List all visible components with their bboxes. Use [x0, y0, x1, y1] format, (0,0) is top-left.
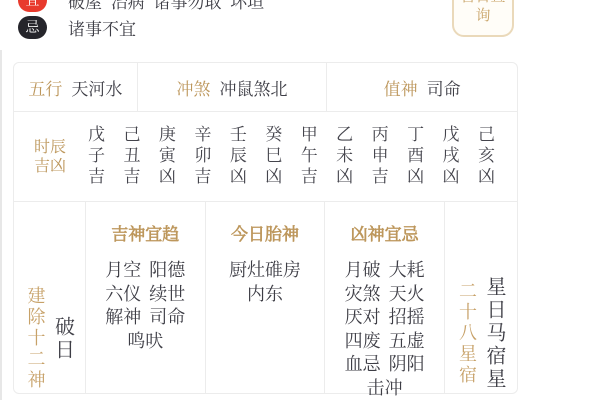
list-item: 月破 大耗: [325, 259, 444, 283]
xingxiu-group: 二十八星宿 星日马宿星: [458, 276, 504, 391]
info-row: 五行 天河水 冲煞 冲鼠煞北 值神 司命: [14, 63, 517, 112]
jianchu-label: 建除十二神: [26, 286, 44, 391]
detail-row: 建除十二神 破日 吉神宜趋 月空 阳德六仪 续世解神 司命鸣吠 今日胎神 厨灶碓…: [14, 202, 517, 393]
hour-column: 丙申吉: [370, 125, 387, 188]
zhishen-label: 值神: [384, 75, 418, 100]
ji-row: 忌 诸事不宜: [18, 15, 136, 39]
auspicious-day-query-label: 吉日查询: [459, 0, 507, 25]
chongsha-label: 冲煞: [177, 75, 211, 100]
xiongshen-cell: 凶神宜忌 月破 大耗灾煞 天火厌对 招摇四废 五虚血忌 阴阳击冲: [325, 202, 445, 393]
xiongshen-list: 月破 大耗灾煞 天火厌对 招摇四废 五虚血忌 阴阳击冲: [325, 259, 444, 400]
list-item: 内东: [206, 283, 325, 307]
hour-column: 辛卯吉: [192, 125, 209, 188]
chongsha-cell: 冲煞 冲鼠煞北: [138, 63, 328, 111]
wuxing-cell: 五行 天河水: [14, 63, 138, 111]
zhishen-cell: 值神 司命: [327, 63, 517, 111]
xingxiu-cell: 二十八星宿 星日马宿星: [445, 202, 517, 393]
chongsha-value: 冲鼠煞北: [220, 75, 288, 100]
xingxiu-value: 星日马宿星: [484, 276, 504, 391]
list-item: 月空 阳德: [86, 259, 205, 283]
jianchu-value: 破日: [52, 316, 72, 362]
list-item: 灾煞 天火: [325, 283, 444, 307]
list-item: 四废 五虚: [325, 330, 444, 354]
wuxing-value: 天河水: [71, 75, 122, 100]
jishen-title: 吉神宜趋: [86, 220, 205, 245]
zhishen-value: 司命: [427, 75, 461, 100]
list-item: 六仪 续世: [86, 283, 205, 307]
taishen-title: 今日胎神: [206, 220, 325, 245]
yi-items-text: 破屋 治病 诸事勿取 坏垣: [68, 0, 264, 13]
hour-column: 癸巳凶: [263, 125, 280, 188]
jianchu-group: 建除十二神 破日: [26, 286, 72, 391]
list-item: 鸣吠: [86, 330, 205, 354]
shichen-row: 时辰吉凶 戊子吉 己丑吉 庚寅凶 辛卯吉 壬辰凶 癸巳凶 甲午吉 乙: [14, 112, 517, 202]
shichen-label: 时辰吉凶: [33, 138, 67, 176]
yi-row: 宜 破屋 治病 诸事勿取 坏垣: [18, 0, 264, 12]
almanac-table: 五行 天河水 冲煞 冲鼠煞北 值神 司命 时辰吉凶 戊子吉 己丑吉: [13, 62, 518, 394]
ji-items-text: 诸事不宜: [68, 15, 136, 40]
almanac-page: 宜 破屋 治病 诸事勿取 坏垣 忌 诸事不宜 吉日查询 五行 天河水 冲煞 冲鼠…: [0, 0, 600, 400]
hour-column: 庚寅凶: [157, 125, 174, 188]
xiongshen-title: 凶神宜忌: [325, 220, 444, 245]
hour-column: 壬辰凶: [228, 125, 245, 188]
hour-column: 甲午吉: [299, 125, 316, 188]
hour-column: 己丑吉: [121, 125, 138, 188]
list-item: 厌对 招摇: [325, 306, 444, 330]
yi-badge: 宜: [18, 0, 47, 12]
list-item: 击冲: [325, 377, 444, 400]
taishen-cell: 今日胎神 厨灶碓房内东: [206, 202, 326, 393]
wuxing-label: 五行: [28, 75, 62, 100]
hour-column: 乙未凶: [334, 125, 351, 188]
hour-column: 丁酉凶: [405, 125, 422, 188]
jishen-list: 月空 阳德六仪 续世解神 司命鸣吠: [86, 259, 205, 353]
jishen-cell: 吉神宜趋 月空 阳德六仪 续世解神 司命鸣吠: [86, 202, 206, 393]
hour-column: 戊戌凶: [441, 125, 458, 188]
auspicious-day-query-button[interactable]: 吉日查询: [452, 0, 514, 37]
hour-column: 己亥凶: [476, 125, 493, 188]
ji-badge: 忌: [18, 16, 47, 39]
page-edge-line: [0, 50, 2, 400]
list-item: 血忌 阴阳: [325, 353, 444, 377]
jianchu-cell: 建除十二神 破日: [14, 202, 86, 393]
list-item: 解神 司命: [86, 306, 205, 330]
xingxiu-label: 二十八星宿: [458, 281, 476, 386]
hour-column: 戊子吉: [86, 125, 103, 188]
list-item: 厨灶碓房: [206, 259, 325, 283]
taishen-list: 厨灶碓房内东: [206, 259, 325, 306]
hour-columns: 戊子吉 己丑吉 庚寅凶 辛卯吉 壬辰凶 癸巳凶 甲午吉 乙未凶 丙申吉: [67, 125, 517, 188]
